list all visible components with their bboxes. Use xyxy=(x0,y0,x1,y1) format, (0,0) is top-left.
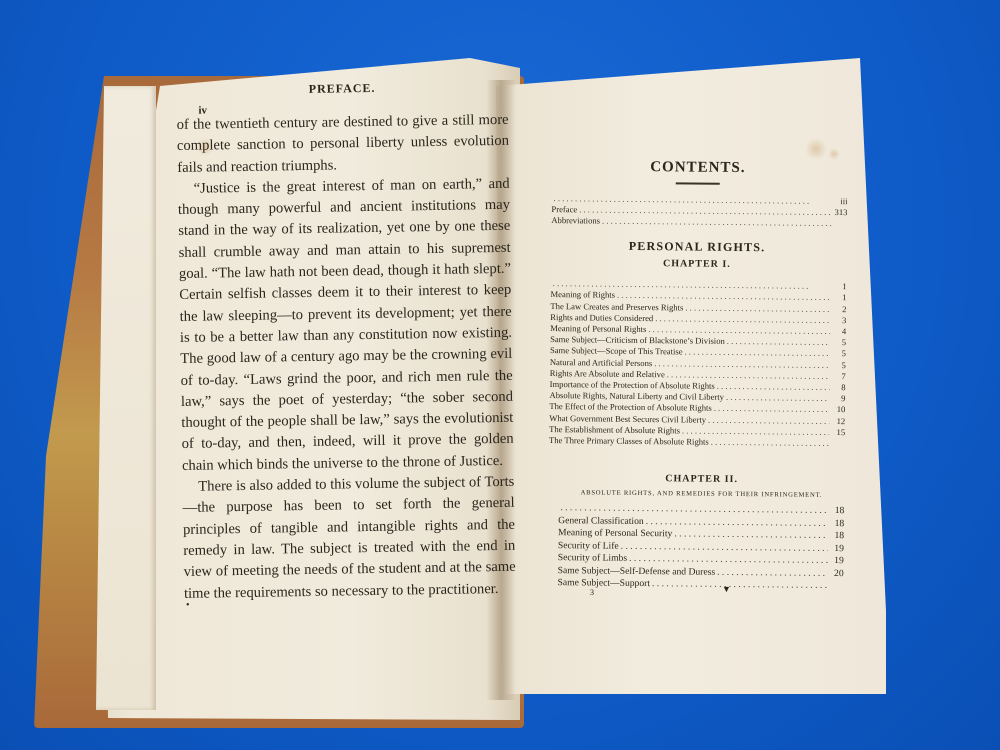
chapter2-section: CHAPTER II. ABSOLUTE RIGHTS, AND REMEDIE… xyxy=(543,472,844,593)
signature-mark: ▼ xyxy=(722,584,731,594)
preface-paragraph: There is also added to this volume the s… xyxy=(182,472,516,605)
preface-paragraph: “Justice is the great interest of man on… xyxy=(177,174,514,477)
front-matter-list: iii Preface313 Abbreviations xyxy=(547,192,847,229)
part-title: PERSONAL RIGHTS. xyxy=(547,238,847,256)
endpaper-edge xyxy=(96,86,156,710)
toc-entry: Abbreviations xyxy=(551,215,847,229)
photo-scene: PREFACE. iv of the twentieth century are… xyxy=(0,0,1000,750)
page-number: 3 xyxy=(590,588,594,597)
preface-paragraph: of the twentieth century are destined to… xyxy=(176,110,509,179)
preface-page: PREFACE. iv of the twentieth century are… xyxy=(176,79,516,605)
signature-mark: • xyxy=(186,600,190,611)
contents-title: CONTENTS. xyxy=(548,158,848,178)
foxing-stain xyxy=(805,138,827,160)
preface-body: of the twentieth century are destined to… xyxy=(176,110,516,605)
title-rule xyxy=(676,182,720,184)
foxing-stain xyxy=(828,148,840,160)
chapter-title: CHAPTER I. xyxy=(547,257,847,271)
contents-page: CONTENTS. iii Preface313 Abbreviations P… xyxy=(543,158,848,593)
chapter-title: CHAPTER II. xyxy=(559,472,845,486)
chapter-subtitle: ABSOLUTE RIGHTS, AND REMEDIES FOR THEIR … xyxy=(558,489,844,499)
chapter1-list: 1 Meaning of Rights1 The Law Creates and… xyxy=(545,278,847,449)
toc-entry: The Three Primary Classes of Absolute Ri… xyxy=(549,435,845,449)
